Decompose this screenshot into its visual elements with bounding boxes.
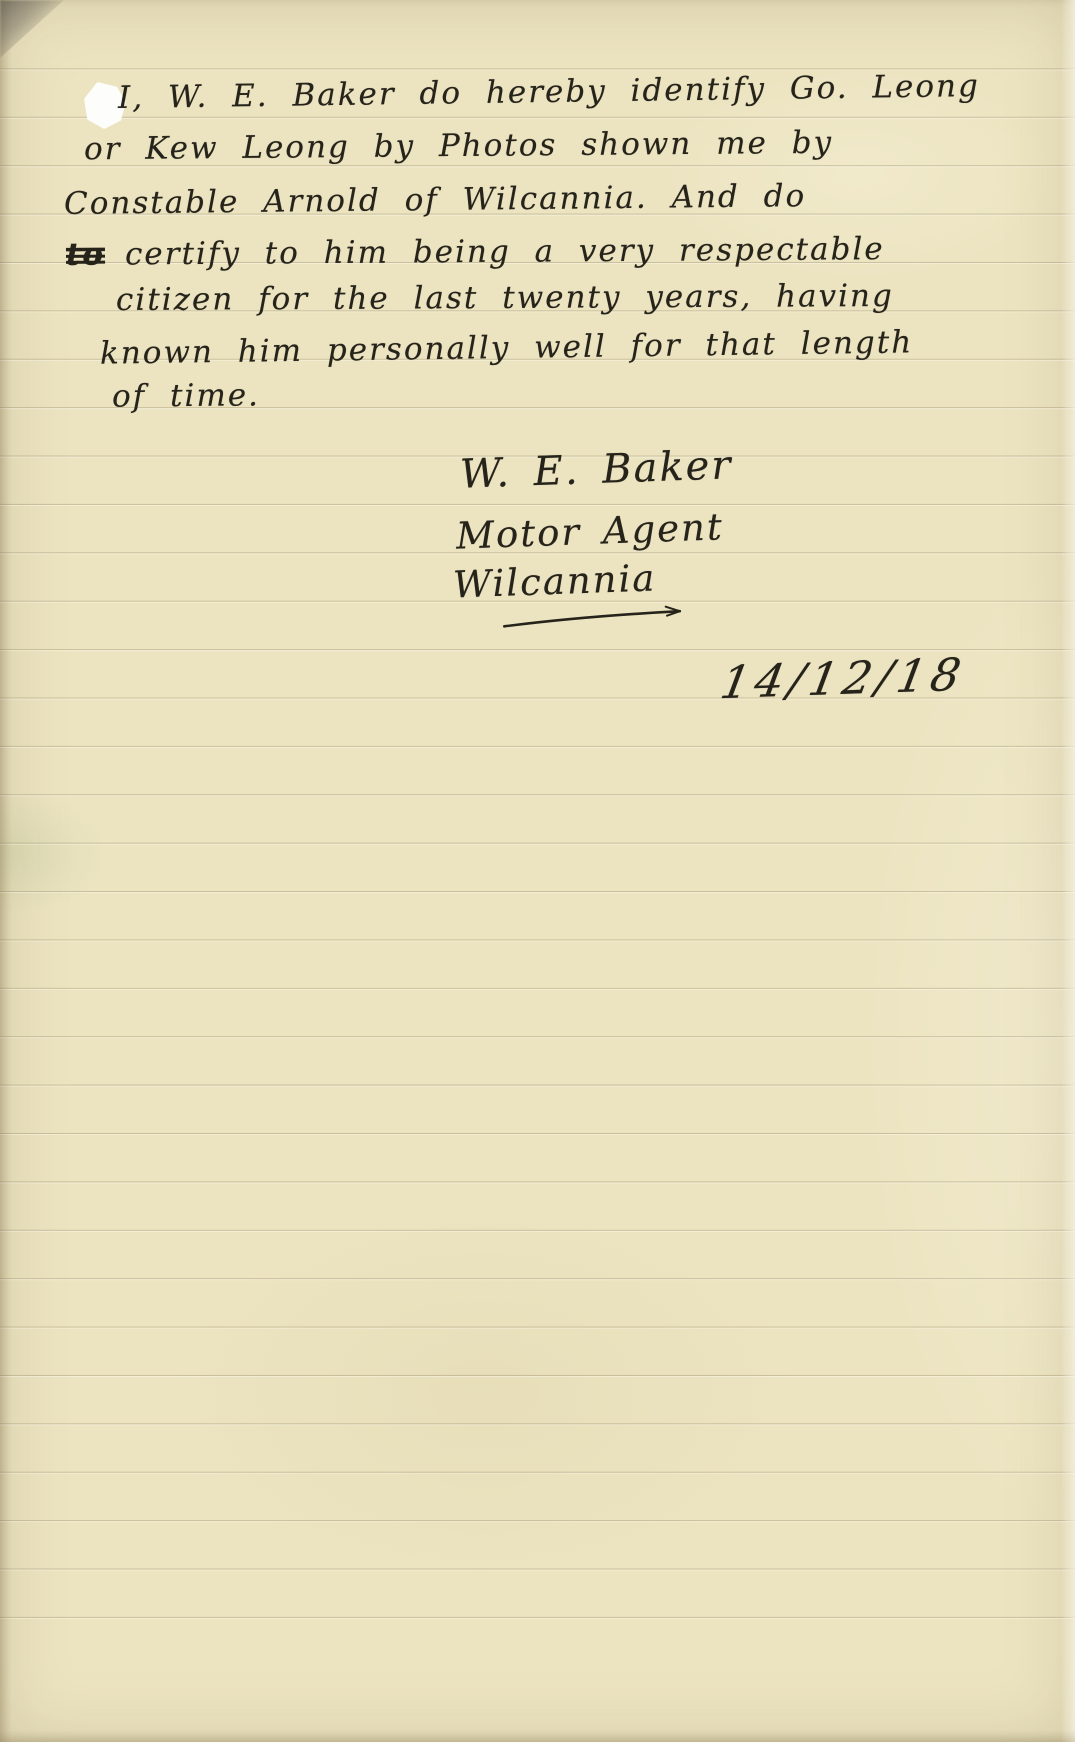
- signature-place: Wilcannia: [452, 556, 657, 607]
- signature-name: W. E. Baker: [459, 441, 733, 498]
- letter-line-1: I, W. E. Baker do hereby identify Go. Le…: [118, 68, 980, 117]
- letter-line-3: Constable Arnold of Wilcannia. And do: [64, 178, 807, 223]
- letter-line-4: tocertify to him being a very respectabl…: [66, 231, 885, 274]
- page-right-edge-highlight: [1061, 0, 1075, 1742]
- letter-line-4-text: certify to him being a very respectable: [125, 231, 885, 272]
- letter-line-7: of time.: [112, 377, 260, 415]
- struck-word: to: [66, 237, 105, 274]
- page-left-edge-shadow: [0, 0, 12, 1742]
- letter-line-5: citizen for the last twenty years, havin…: [116, 278, 894, 319]
- document-page: I, W. E. Baker do hereby identify Go. Le…: [0, 0, 1075, 1742]
- page-corner-shadow: [0, 0, 64, 58]
- letter-line-6: known him personally well for that lengt…: [100, 324, 914, 373]
- signature-flourish-line: [502, 602, 699, 633]
- letter-line-2: or Kew Leong by Photos shown me by: [84, 125, 833, 169]
- signature-title: Motor Agent: [455, 505, 724, 559]
- date-written: 14/12/18: [716, 648, 969, 710]
- page-bottom-edge-shadow: [0, 1730, 1075, 1742]
